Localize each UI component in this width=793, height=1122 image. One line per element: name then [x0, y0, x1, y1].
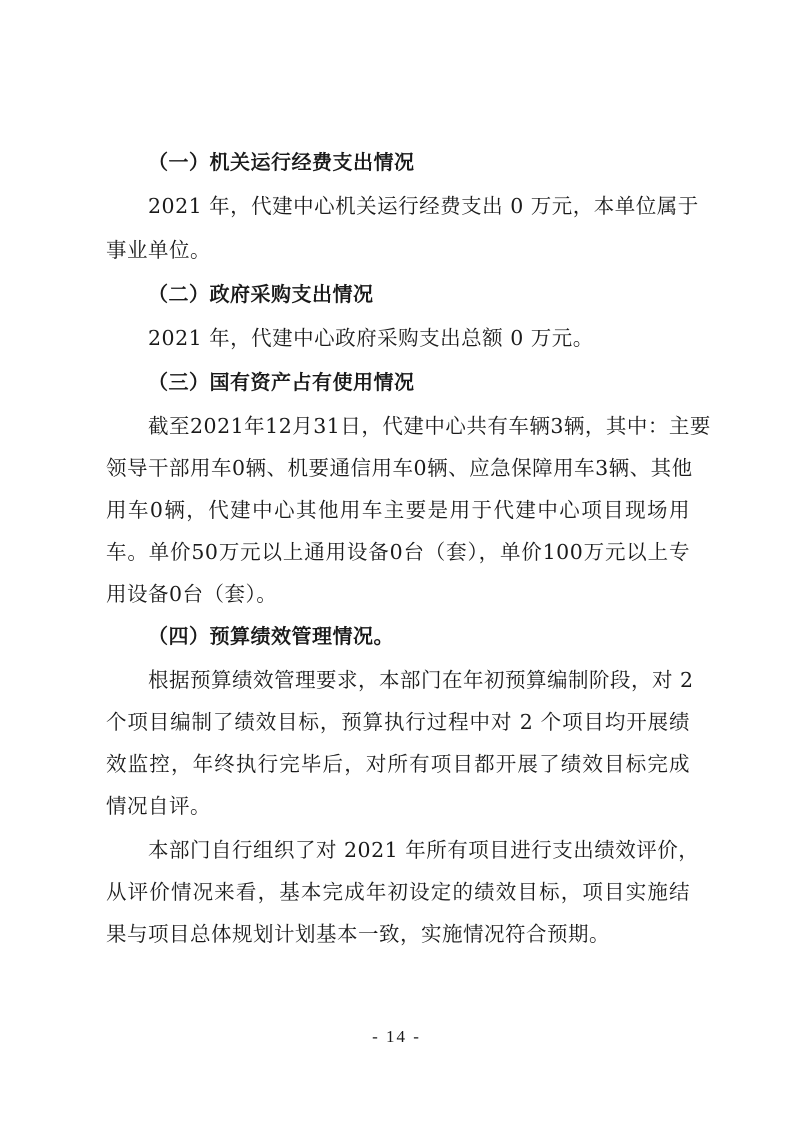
section-heading-2: （二）政府采购支出情况 — [148, 276, 374, 312]
paragraph-line: 本部门自行组织了对 2021 年所有项目进行支出绩效评价， — [148, 832, 690, 868]
section-heading-4: （四）预算绩效管理情况。 — [148, 618, 394, 654]
paragraph-line: 事业单位。 — [106, 232, 211, 268]
section-heading-1: （一）机关运行经费支出情况 — [148, 144, 415, 180]
paragraph-line: 情况自评。 — [106, 788, 211, 824]
page-number: - 14 - — [0, 1027, 793, 1047]
paragraph-line: 果与项目总体规划计划基本一致，实施情况符合预期。 — [106, 916, 610, 952]
paragraph-line: 个项目编制了绩效目标，预算执行过程中对 2 个项目均开展绩 — [106, 704, 690, 740]
paragraph-line: 2021 年，代建中心政府采购支出总额 0 万元。 — [148, 320, 594, 356]
paragraph-line: 用设备0台（套）。 — [106, 576, 277, 612]
paragraph-line: 截至2021年12月31日，代建中心共有车辆3辆，其中：主要 — [148, 408, 690, 444]
paragraph-line: 用车0辆，代建中心其他用车主要是用于代建中心项目现场用 — [106, 492, 690, 528]
section-heading-3: （三）国有资产占有使用情况 — [148, 364, 415, 400]
paragraph-line: 从评价情况来看，基本完成年初设定的绩效目标，项目实施结 — [106, 874, 690, 910]
paragraph-line: 效监控，年终执行完毕后，对所有项目都开展了绩效目标完成 — [106, 746, 690, 782]
paragraph-line: 领导干部用车0辆、机要通信用车0辆、应急保障用车3辆、其他 — [106, 450, 690, 486]
paragraph-line: 2021 年，代建中心机关运行经费支出 0 万元，本单位属于 — [148, 188, 690, 224]
paragraph-line: 根据预算绩效管理要求，本部门在年初预算编制阶段，对 2 — [148, 662, 690, 698]
paragraph-line: 车。单价50万元以上通用设备0台（套），单价100万元以上专 — [106, 534, 690, 570]
